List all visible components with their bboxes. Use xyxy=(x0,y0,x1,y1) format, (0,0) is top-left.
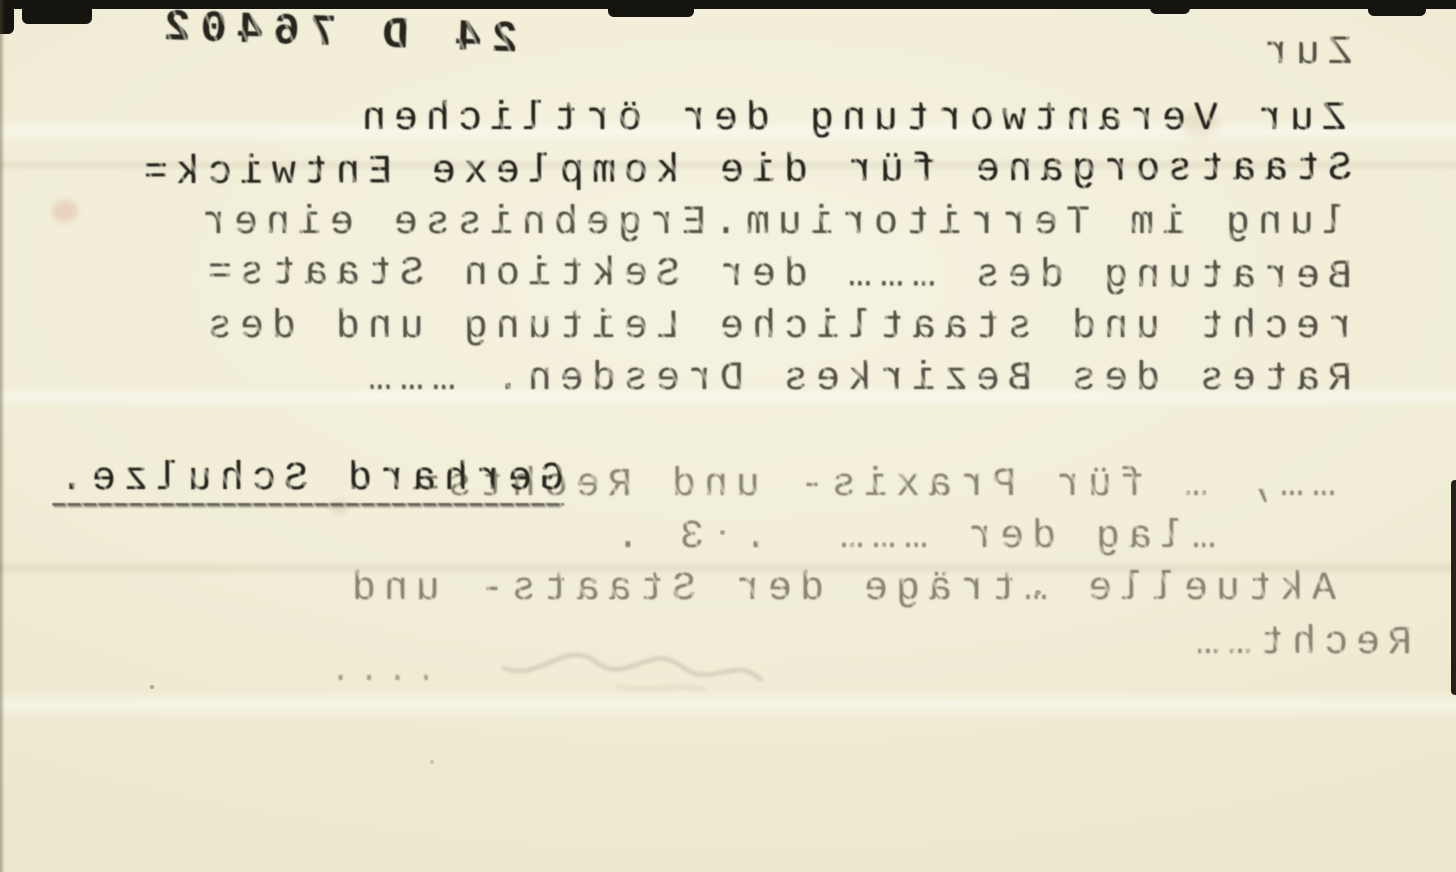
faded-marks: ···· xyxy=(322,655,436,703)
scan-edge-artifact xyxy=(1150,0,1190,14)
series-line-1: ……, … für Praxis- und Rechts= xyxy=(408,462,1336,510)
scan-edge-artifact xyxy=(22,0,92,24)
title-line-5: recht und staatliche Leitung und des xyxy=(200,304,1352,352)
catalog-card-scan: 24 D 76402 Zur Zur Verantwortung der ört… xyxy=(0,0,1456,872)
title-line-2: Staatsorgane für die komplexe Entwick= xyxy=(136,146,1352,198)
title-line-1: Zur Verantwortung der örtlichen xyxy=(354,96,1346,144)
scan-edge-top xyxy=(0,0,1456,9)
title-line-6: Rates des Bezirkes Dresden. ……… xyxy=(360,356,1352,404)
scan-edge-artifact xyxy=(608,0,694,17)
scan-edge-right xyxy=(1451,480,1456,695)
faded-handwriting-smudge xyxy=(496,642,766,702)
mirrored-text-layer: 24 D 76402 Zur Zur Verantwortung der ört… xyxy=(0,0,1456,872)
series-line-4: Recht…… xyxy=(1188,620,1412,668)
scan-edge-left xyxy=(0,0,5,872)
series-line-3: Aktuelle …träge der Staats- und xyxy=(344,566,1336,614)
title-line-4: Beratung des ……… der Sektion Staats= xyxy=(200,250,1352,302)
call-number: 24 D 76402 xyxy=(153,4,519,65)
filing-catchword: Zur xyxy=(1256,30,1352,78)
title-line-3: lung im Territorium.Ergebnisse einer xyxy=(194,200,1346,248)
series-line-2: …lag der ……… . 3 . xyxy=(608,514,1216,562)
scan-edge-artifact xyxy=(1368,0,1426,16)
